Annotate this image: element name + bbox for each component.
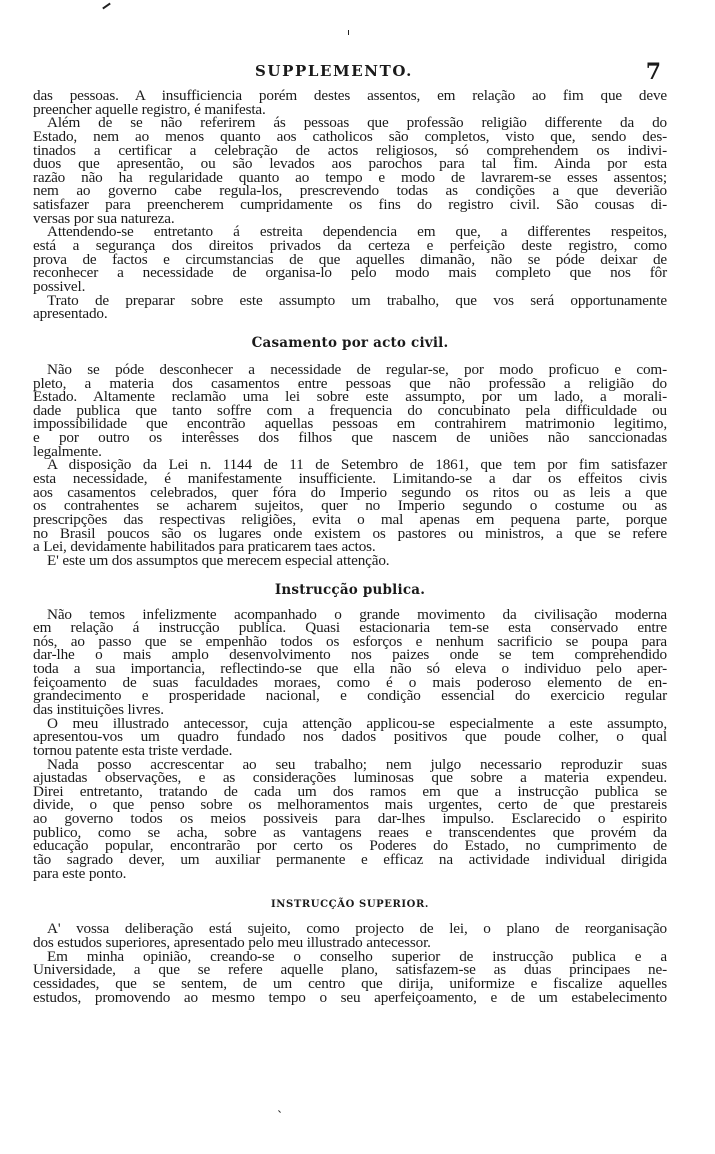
- section-heading: Instrucção publica.: [33, 580, 667, 600]
- page-number: 7: [646, 59, 661, 85]
- paragraph: das pessoas. A insufficiencia porém dest…: [33, 89, 667, 116]
- running-header: SUPPLEMENTO. 7: [33, 60, 667, 82]
- running-title: SUPPLEMENTO.: [255, 62, 413, 80]
- text-line: apresentado.: [33, 307, 667, 321]
- ink-speck: [278, 1110, 281, 1113]
- text-line: para este ponto.: [33, 867, 667, 881]
- paragraph: Não temos infelizmente acompanhado o gra…: [33, 608, 667, 717]
- paragraph: Nada posso accrescentar ao seu trabalho;…: [33, 758, 667, 881]
- text-line: E' este um dos assumptos que merecem esp…: [33, 554, 667, 568]
- section-instruccao-superior: INSTRUCÇÃO SUPERIOR. A' vossa deliberaçã…: [33, 896, 667, 1004]
- paragraph: Attendendo-se entretanto á estreita depe…: [33, 225, 667, 293]
- paragraph: A' vossa deliberação está sujeito, como …: [33, 922, 667, 949]
- paragraph: E' este um dos assumptos que merecem esp…: [33, 554, 667, 568]
- body-text: das pessoas. A insufficiencia porém dest…: [33, 89, 667, 1004]
- document-page: SUPPLEMENTO. 7 das pessoas. A insufficie…: [0, 0, 715, 1154]
- section-registro-civil: das pessoas. A insufficiencia porém dest…: [33, 89, 667, 321]
- text-line: Trato de preparar sobre este assumpto um…: [33, 294, 667, 308]
- text-line: tão sagrado dever, um auxiliar permanent…: [33, 853, 667, 867]
- section-heading: Casamento por acto civil.: [33, 333, 667, 353]
- paragraph: O meu illustrado antecessor, cuja attenç…: [33, 717, 667, 758]
- paragraph: Não se póde desconhecer a necessidade de…: [33, 363, 667, 458]
- paragraph: Trato de preparar sobre este assumpto um…: [33, 294, 667, 321]
- text-line: reconhecer a necessidade de organisa-lo …: [33, 266, 667, 280]
- ink-speck: [348, 30, 349, 35]
- paragraph: Além de se não referirem ás pessoas que …: [33, 116, 667, 225]
- text-line: e por outro os interêsses dos filhos que…: [33, 431, 667, 445]
- ink-mark: [102, 3, 111, 10]
- section-casamento-civil: Casamento por acto civil. Não se póde de…: [33, 333, 667, 568]
- subsection-heading: INSTRUCÇÃO SUPERIOR.: [33, 896, 667, 914]
- paragraph: Em minha opinião, creando-se o conselho …: [33, 950, 667, 1005]
- text-line: estudos, promovendo ao mesmo tempo o seu…: [33, 991, 667, 1005]
- section-instruccao-publica: Instrucção publica. Não temos infelizmen…: [33, 580, 667, 881]
- paragraph: A disposição da Lei n. 1144 de 11 de Set…: [33, 458, 667, 553]
